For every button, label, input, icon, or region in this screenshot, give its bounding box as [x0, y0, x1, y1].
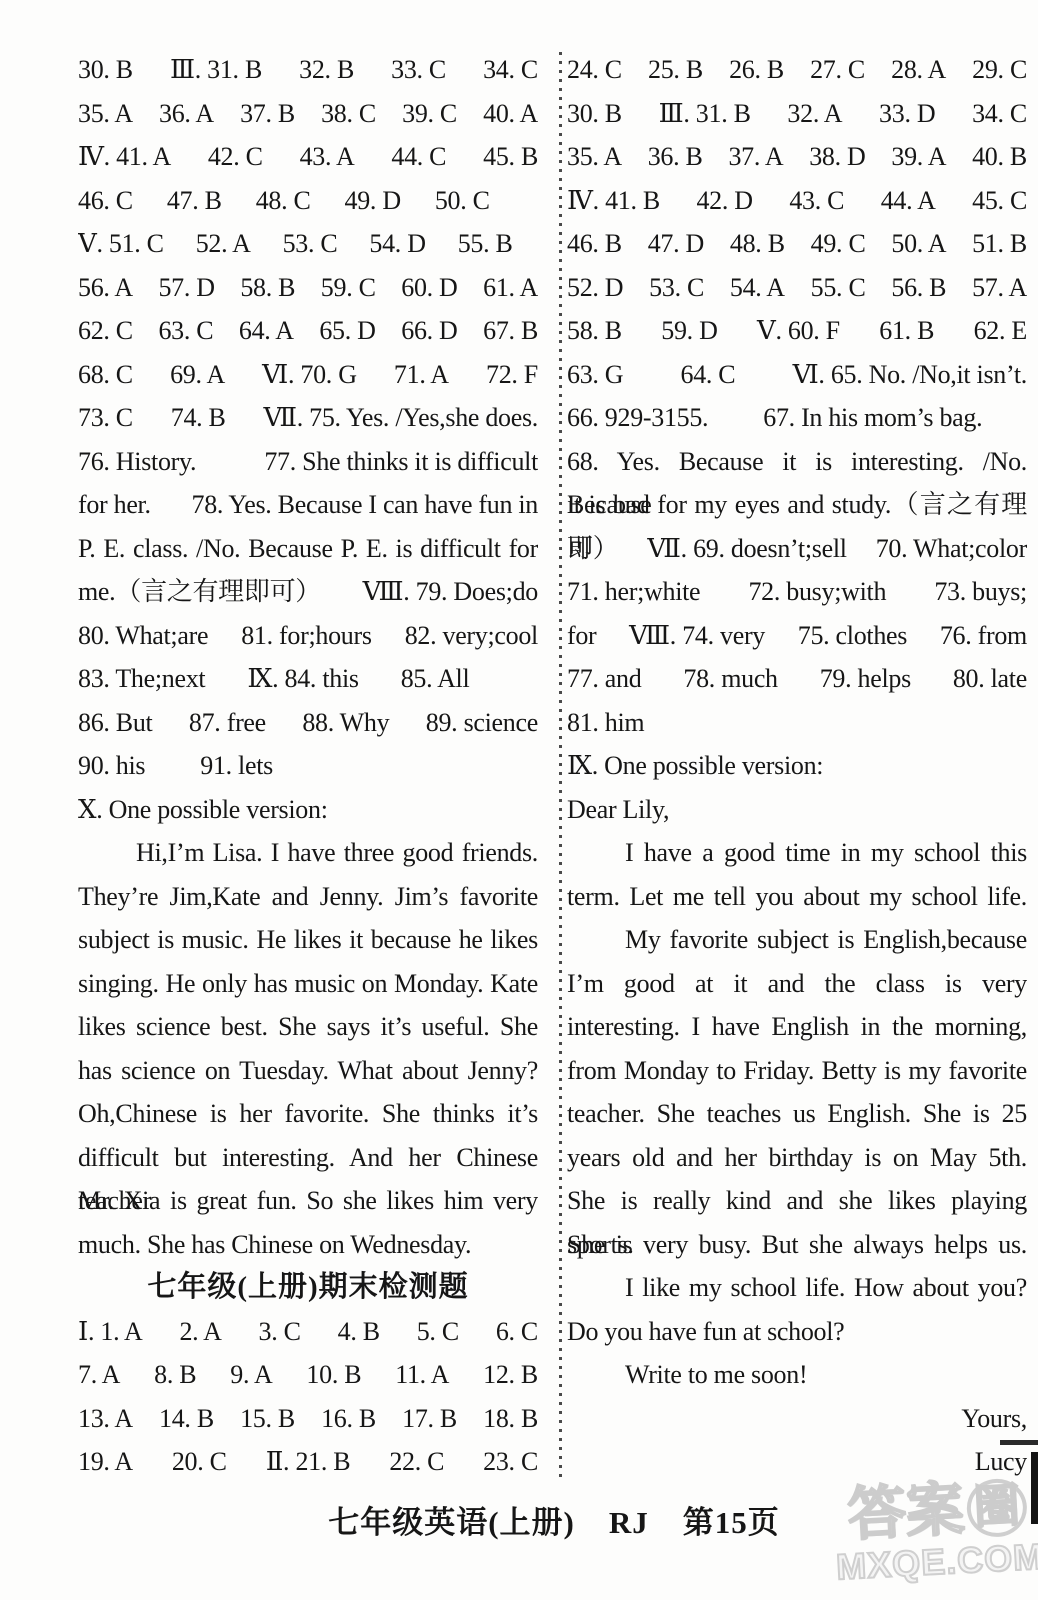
answer-item: 33. C — [391, 48, 446, 92]
text-line: Mr. Xia is great fun. So she likes him v… — [78, 1179, 538, 1223]
answer-item: 38. C — [321, 92, 376, 136]
text-line: Oh,Chinese is her favorite. She thinks i… — [78, 1092, 538, 1136]
answer-item: 66. D — [401, 309, 457, 353]
answer-item: Ⅷ. 74. very — [629, 614, 765, 658]
answer-item: 85. All — [401, 657, 470, 701]
answer-line: 可）Ⅶ. 69. doesn’t;sell70. What;color — [567, 527, 1027, 571]
answer-item: 43. C — [789, 179, 844, 223]
answer-item: 16. B — [321, 1397, 376, 1441]
answer-item: for her. — [78, 483, 151, 527]
answer-item: 29. C — [972, 48, 1027, 92]
answer-item: 20. C — [172, 1440, 227, 1484]
text-line: Do you have fun at school? — [567, 1310, 1027, 1354]
text-line: singing. He only has music on Monday. Ka… — [78, 962, 538, 1006]
text-line: much. She has Chinese on Wednesday. — [78, 1223, 538, 1267]
answer-item: 59. D — [661, 309, 717, 353]
answer-item: Ⅵ. 70. G — [262, 353, 357, 397]
answer-item: 28. A — [891, 48, 946, 92]
answer-item: 19. A — [78, 1440, 133, 1484]
answer-item: 32. B — [299, 48, 354, 92]
answer-item: 47. D — [648, 222, 704, 266]
answer-item: 50. C — [435, 179, 490, 223]
text-line: subject is music. He likes it because he… — [78, 918, 538, 962]
answer-line: 62. C63. C64. A65. D66. D67. B — [78, 309, 538, 353]
answer-item: 43. A — [300, 135, 355, 179]
text-line: Hi,I’m Lisa. I have three good friends. — [78, 831, 538, 875]
answer-item: Ⅶ. 69. doesn’t;sell — [647, 527, 846, 571]
answer-item: 71. A — [394, 353, 449, 397]
text-line: difficult but interesting. And her Chine… — [78, 1136, 538, 1180]
answer-item: 47. B — [167, 179, 222, 223]
text-line: P. E. class. /No. Because P. E. is diffi… — [78, 527, 538, 571]
answer-line: me.（言之有理即可）Ⅷ. 79. Does;do — [78, 570, 538, 614]
text-line: interesting. I have English in the morni… — [567, 1005, 1027, 1049]
section-heading: 七年级(上册)期末检测题 — [78, 1266, 538, 1310]
page-footer: 七年级英语(上册) RJ 第15页 — [0, 1497, 1038, 1542]
answer-item: 40. A — [483, 92, 538, 136]
answer-item: 13. A — [78, 1397, 133, 1441]
answer-line: 86. But87. free88. Why89. science — [78, 701, 538, 745]
answer-item: Ⅴ. 60. F — [757, 309, 840, 353]
answer-item: 78. Yes. Because I can have fun in — [192, 483, 539, 527]
answer-line: 77. and78. much79. helps80. late — [567, 657, 1027, 701]
column-divider-dotted-line — [559, 52, 562, 1482]
answer-line: Ⅴ. 51. C52. A53. C54. D55. B — [78, 222, 538, 266]
answer-item: 61. A — [483, 266, 538, 310]
answer-item: 54. A — [730, 266, 785, 310]
answer-item: 60. D — [401, 266, 457, 310]
answer-item: 58. B — [240, 266, 295, 310]
answer-item: 80. What;are — [78, 614, 208, 658]
answer-item: 35. A — [78, 92, 133, 136]
answer-item: 46. C — [78, 179, 133, 223]
answer-line: 19. A20. CⅡ. 21. B22. C23. C — [78, 1440, 538, 1484]
answer-item: 76. History. — [78, 440, 196, 484]
text-line: term. Let me tell you about my school li… — [567, 875, 1027, 919]
text-line: I have a good time in my school this — [567, 831, 1027, 875]
answer-line: 71. her;white72. busy;with73. buys; — [567, 570, 1027, 614]
answer-item: 54. D — [369, 222, 425, 266]
answer-line: Ⅳ. 41. B42. D43. C44. A45. C — [567, 179, 1027, 223]
answer-item: 59. C — [321, 266, 376, 310]
answer-item: 48. B — [730, 222, 785, 266]
text-line: I’m good at it and the class is very — [567, 962, 1027, 1006]
answer-item: 67. In his mom’s bag. — [763, 396, 982, 440]
answer-item: 88. Why — [302, 701, 389, 745]
answer-item: 63. C — [158, 309, 213, 353]
answer-line: 30. BⅢ. 31. B32. B33. C34. C — [78, 48, 538, 92]
answer-item: 35. A — [567, 135, 622, 179]
answer-item: 可） — [567, 527, 618, 571]
text-line: She is really kind and she likes playing… — [567, 1179, 1027, 1223]
answer-item: 81. for;hours — [241, 614, 371, 658]
answer-item: 25. B — [648, 48, 703, 92]
answer-item: 68. C — [78, 353, 133, 397]
answer-item: 7. A — [78, 1353, 120, 1397]
answer-line: 46. B47. D48. B49. C50. A51. B — [567, 222, 1027, 266]
answer-item: 11. A — [395, 1353, 449, 1397]
answer-line: 56. A57. D58. B59. C60. D61. A — [78, 266, 538, 310]
answer-line: 35. A36. B37. A38. D39. A40. B — [567, 135, 1027, 179]
answer-item: Ⅷ. 79. Does;do — [363, 570, 538, 614]
answer-line: 68. C69. AⅥ. 70. G71. A72. F — [78, 353, 538, 397]
answer-line: 35. A36. A37. B38. C39. C40. A — [78, 92, 538, 136]
answer-item: 62. C — [78, 309, 133, 353]
answer-item: 55. C — [811, 266, 866, 310]
answer-line: 7. A8. B9. A10. B11. A12. B — [78, 1353, 538, 1397]
answer-item: 44. C — [391, 135, 446, 179]
answer-line: 81. him — [567, 701, 1027, 745]
answer-item: 56. B — [891, 266, 946, 310]
answer-item: 80. late — [953, 657, 1027, 701]
answer-item: 76. from — [940, 614, 1027, 658]
answer-item: 61. B — [879, 309, 934, 353]
answer-item: 22. C — [389, 1440, 444, 1484]
answer-item: 14. B — [159, 1397, 214, 1441]
answer-item: 67. B — [483, 309, 538, 353]
answer-item: 52. A — [196, 222, 251, 266]
answer-item: 9. A — [230, 1353, 272, 1397]
answer-line: 66. 929-3155.67. In his mom’s bag. — [567, 396, 1027, 440]
scan-artifact-bar — [1031, 1452, 1038, 1524]
answer-item: 34. C — [483, 48, 538, 92]
answer-item: 73. buys; — [934, 570, 1027, 614]
answer-item: Ⅶ. 75. Yes. /Yes,she does. — [264, 396, 539, 440]
answer-item: 65. D — [319, 309, 375, 353]
answer-item: 49. D — [345, 179, 401, 223]
answer-item: 3. C — [259, 1310, 301, 1354]
answer-item: 74. B — [171, 396, 226, 440]
answer-item: 30. B — [78, 48, 133, 92]
text-line: Dear Lily, — [567, 788, 1027, 832]
answer-item: 30. B — [567, 92, 622, 136]
answer-item: 40. B — [972, 135, 1027, 179]
answer-item: 36. B — [648, 135, 703, 179]
answer-item: 34. C — [972, 92, 1027, 136]
answer-line: 63. G64. CⅥ. 65. No. /No,it isn’t. — [567, 353, 1027, 397]
answer-item: 56. A — [78, 266, 133, 310]
answer-item: 42. C — [208, 135, 263, 179]
answer-line: 90. his91. lets — [78, 744, 538, 788]
text-line: I like my school life. How about you? — [567, 1266, 1027, 1310]
answer-item: 6. C — [496, 1310, 538, 1354]
answer-item: 71. her;white — [567, 570, 700, 614]
answer-item: 69. A — [170, 353, 225, 397]
answer-item: 48. C — [256, 179, 311, 223]
text-line: has science on Tuesday. What about Jenny… — [78, 1049, 538, 1093]
answer-item: 82. very;cool — [405, 614, 538, 658]
answers-column-left: 30. BⅢ. 31. B32. B33. C34. C35. A36. A37… — [78, 48, 538, 1493]
answer-key-page: 30. BⅢ. 31. B32. B33. C34. C35. A36. A37… — [0, 0, 1038, 1600]
answer-line: 83. The;nextⅨ. 84. this85. All — [78, 657, 538, 701]
answer-item: 38. D — [809, 135, 865, 179]
answer-line: 24. C25. B26. B27. C28. A29. C — [567, 48, 1027, 92]
answer-line: 76. History.77. She thinks it is difficu… — [78, 440, 538, 484]
text-line: Write to me soon! — [567, 1353, 1027, 1397]
answer-line: 13. A14. B15. B16. B17. B18. B — [78, 1397, 538, 1441]
answer-item: 45. C — [972, 179, 1027, 223]
answer-item: 24. C — [567, 48, 622, 92]
answer-item: 53. C — [283, 222, 338, 266]
answer-line: 80. What;are81. for;hours82. very;cool — [78, 614, 538, 658]
answer-item: 77. and — [567, 657, 641, 701]
answer-item: Ⅰ. 1. A — [78, 1310, 143, 1354]
answer-item: 12. B — [483, 1353, 538, 1397]
answer-item: 23. C — [483, 1440, 538, 1484]
answer-item: 44. A — [881, 179, 936, 223]
answer-item: 5. C — [417, 1310, 459, 1354]
answer-item: 18. B — [483, 1397, 538, 1441]
footer-page-number: 第15页 — [683, 1497, 780, 1542]
answer-line: 52. D53. C54. A55. C56. B57. A — [567, 266, 1027, 310]
answer-item: 64. C — [681, 353, 736, 397]
answer-item: Ⅲ. 31. B — [659, 92, 751, 136]
answer-item: 66. 929-3155. — [567, 396, 708, 440]
footer-edition-code: RJ — [609, 1505, 649, 1541]
answer-item: 62. E — [974, 309, 1027, 353]
answer-item: 51. B — [972, 222, 1027, 266]
answer-line: Ⅳ. 41. A42. C43. A44. C45. B — [78, 135, 538, 179]
answer-item: 49. C — [811, 222, 866, 266]
answer-item: 78. much — [683, 657, 777, 701]
answer-item: 36. A — [159, 92, 214, 136]
text-line: My favorite subject is English,because — [567, 918, 1027, 962]
answer-item: 27. C — [810, 48, 865, 92]
text-line: from Monday to Friday. Betty is my favor… — [567, 1049, 1027, 1093]
answer-item: 46. B — [567, 222, 622, 266]
answer-item: 57. D — [158, 266, 214, 310]
answer-line: Ⅰ. 1. A2. A3. C4. B5. C6. C — [78, 1310, 538, 1354]
answers-column-right: 24. C25. B26. B27. C28. A29. C30. BⅢ. 31… — [567, 48, 1027, 1493]
answer-item: 77. She thinks it is difficult — [264, 440, 538, 484]
answer-item: 37. A — [728, 135, 783, 179]
answer-line: 30. BⅢ. 31. B32. A33. D34. C — [567, 92, 1027, 136]
answer-item: Ⅴ. 51. C — [78, 222, 164, 266]
answer-item: Ⅵ. 65. No. /No,it isn’t. — [793, 353, 1027, 397]
footer-book-title: 七年级英语(上册) — [328, 1497, 575, 1542]
answer-item: 55. B — [458, 222, 513, 266]
answer-item: 26. B — [729, 48, 784, 92]
answer-item: 57. A — [972, 266, 1027, 310]
answer-item: 37. B — [240, 92, 295, 136]
text-line: Ⅸ. One possible version: — [567, 744, 1027, 788]
answer-item: 39. A — [891, 135, 946, 179]
answer-item: 79. helps — [820, 657, 911, 701]
answer-item: 83. The;next — [78, 657, 205, 701]
answer-item: 70. What;color — [876, 527, 1027, 571]
text-line: years old and her birthday is on May 5th… — [567, 1136, 1027, 1180]
answer-item: 17. B — [402, 1397, 457, 1441]
answer-item: 89. science — [426, 701, 538, 745]
text-line: likes science best. She says it’s useful… — [78, 1005, 538, 1049]
answer-item: 75. clothes — [798, 614, 907, 658]
answer-item: 33. D — [879, 92, 935, 136]
answer-item: 72. busy;with — [748, 570, 886, 614]
answer-item: 52. D — [567, 266, 623, 310]
answer-item: 58. B — [567, 309, 622, 353]
answer-item: me.（言之有理即可） — [78, 570, 321, 614]
text-line: teacher. She teaches us English. She is … — [567, 1092, 1027, 1136]
answer-item: 64. A — [239, 309, 294, 353]
answer-item: Ⅱ. 21. B — [266, 1440, 351, 1484]
answer-line: 58. B59. DⅤ. 60. F61. B62. E — [567, 309, 1027, 353]
watermark-site-url: MXQE.COM — [832, 1538, 1038, 1585]
answer-item: 10. B — [306, 1353, 361, 1397]
answer-item: 91. lets — [200, 744, 273, 788]
text-line: Yours, — [567, 1397, 1027, 1441]
text-line: Ⅹ. One possible version: — [78, 788, 538, 832]
answer-item: Ⅳ. 41. B — [567, 179, 660, 223]
text-line: They’re Jim,Kate and Jenny. Jim’s favori… — [78, 875, 538, 919]
answer-item: 32. A — [787, 92, 842, 136]
answer-item: 15. B — [240, 1397, 295, 1441]
answer-item: 81. him — [567, 701, 644, 745]
answer-item: 4. B — [338, 1310, 380, 1354]
answer-item: 42. D — [696, 179, 752, 223]
answer-item: 2. A — [179, 1310, 221, 1354]
answer-item: 63. G — [567, 353, 623, 397]
answer-item: Ⅸ. 84. this — [247, 657, 358, 701]
scan-artifact-dash — [1000, 1440, 1038, 1445]
answer-item: 45. B — [483, 135, 538, 179]
answer-item: 39. C — [402, 92, 457, 136]
text-line: 68. Yes. Because it is interesting. /No.… — [567, 440, 1027, 484]
text-line: She is very busy. But she always helps u… — [567, 1223, 1027, 1267]
answer-item: Ⅳ. 41. A — [78, 135, 171, 179]
answer-line: 73. C74. BⅦ. 75. Yes. /Yes,she does. — [78, 396, 538, 440]
answer-item: Ⅲ. 31. B — [170, 48, 262, 92]
answer-item: 87. free — [189, 701, 266, 745]
answer-item: 73. C — [78, 396, 133, 440]
text-line: Lucy — [567, 1440, 1027, 1484]
answer-line: forⅧ. 74. very75. clothes76. from — [567, 614, 1027, 658]
text-line: it is bad for my eyes and study.（言之有理即 — [567, 483, 1027, 527]
answer-item: 72. F — [486, 353, 538, 397]
answer-item: 8. B — [154, 1353, 196, 1397]
answer-line: for her.78. Yes. Because I can have fun … — [78, 483, 538, 527]
answer-item: 50. A — [891, 222, 946, 266]
answer-item: 53. C — [649, 266, 704, 310]
answer-item: 86. But — [78, 701, 152, 745]
answer-item: for — [567, 614, 596, 658]
answer-line: 46. C47. B48. C49. D50. C — [78, 179, 538, 223]
answer-item: 90. his — [78, 744, 145, 788]
